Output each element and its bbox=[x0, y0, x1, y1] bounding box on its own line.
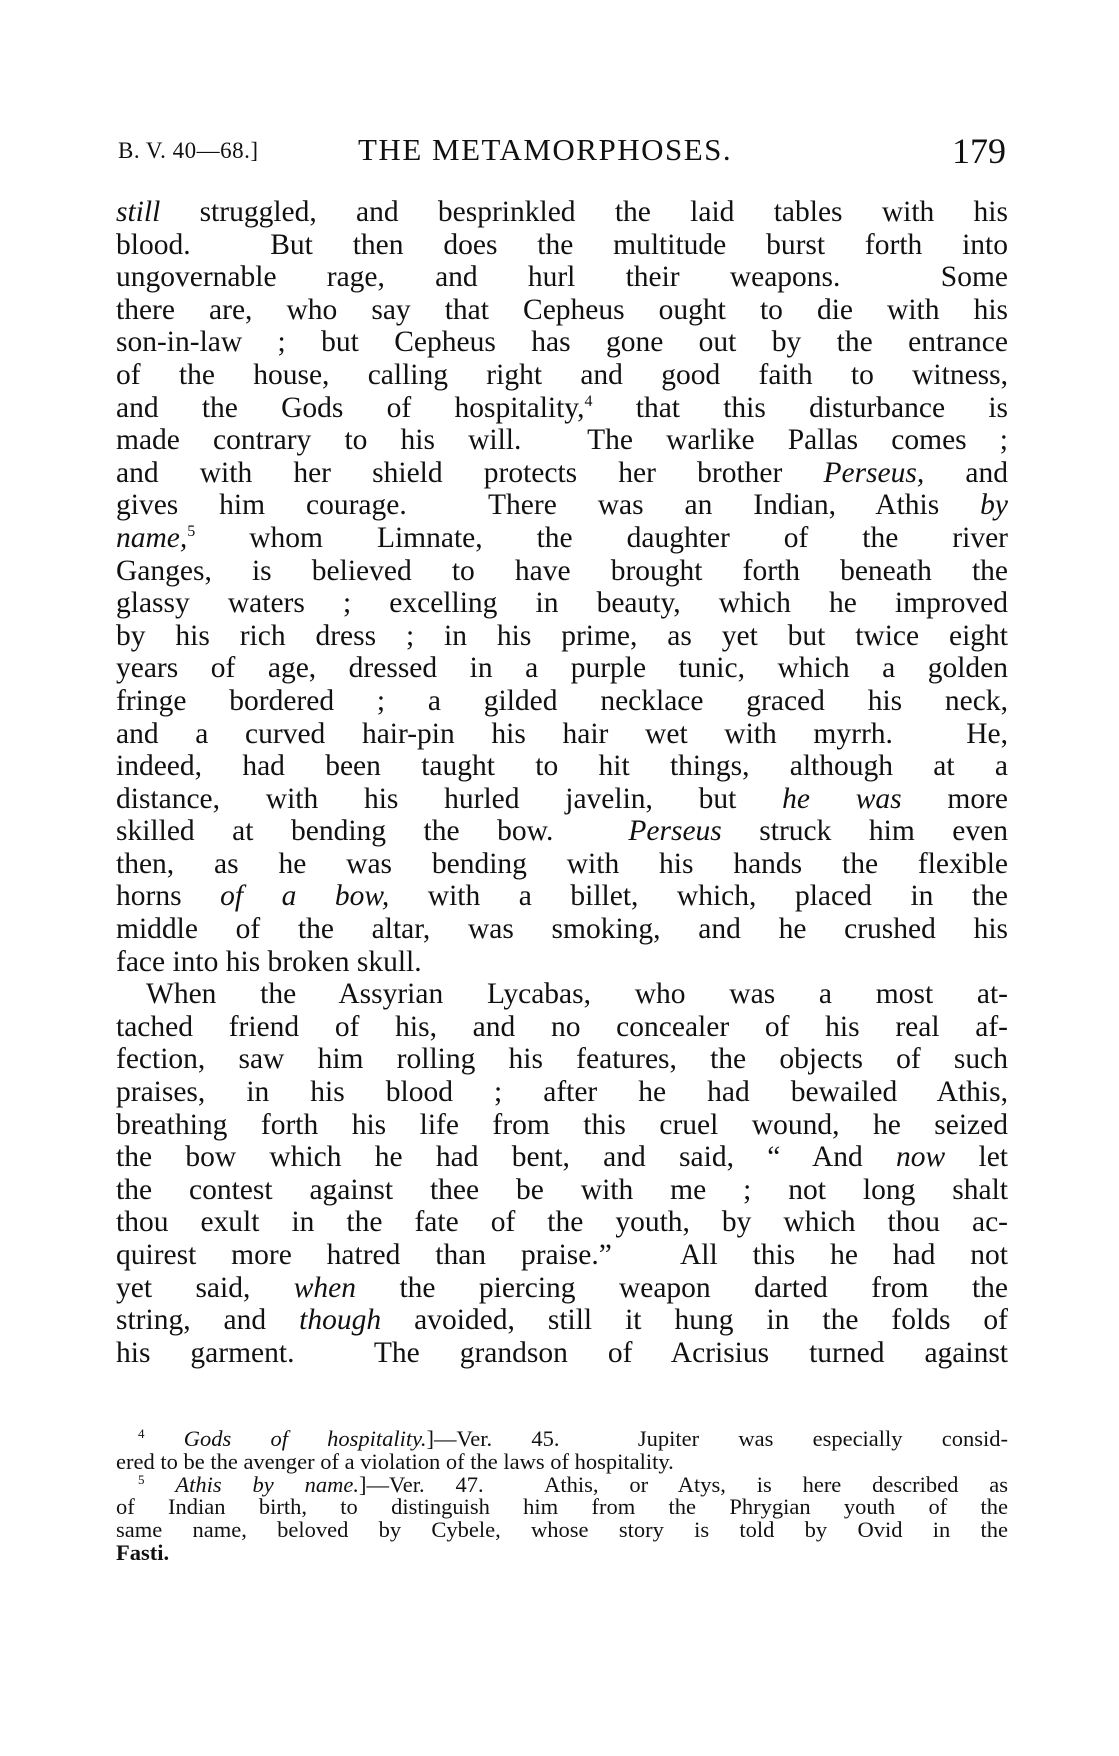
text-line: the contest against thee be with me ; no… bbox=[116, 1174, 1008, 1207]
footnote-line: Fasti. bbox=[116, 1542, 1008, 1565]
italic-text: he was bbox=[782, 783, 902, 815]
text-run: avoided, still it hung in the folds of bbox=[381, 1304, 1008, 1336]
book-page: B. V. 40—68.] THE METAMORPHOSES. 179 sti… bbox=[0, 0, 1119, 1756]
text-line: yet said, when the piercing weapon darte… bbox=[116, 1272, 1008, 1305]
text-line: then, as he was bending with his hands t… bbox=[116, 848, 1008, 881]
text-run: middle of the altar, was smoking, and he… bbox=[116, 913, 1008, 945]
text-line: son-in-law ; but Cepheus has gone out by… bbox=[116, 326, 1008, 359]
text-run: of Indian birth, to distinguish him from… bbox=[116, 1494, 1008, 1519]
text-run: of the house, calling right and good fai… bbox=[116, 359, 1008, 391]
text-run: ered to be the avenger of a violation of… bbox=[116, 1449, 674, 1474]
text-line: still struggled, and besprinkled the lai… bbox=[116, 196, 1008, 229]
text-line: praises, in his blood ; after he had bew… bbox=[116, 1076, 1008, 1109]
text-run: the piercing weapon darted from the bbox=[356, 1272, 1008, 1304]
text-run: horns bbox=[116, 880, 220, 912]
text-line: horns of a bow, with a billet, which, pl… bbox=[116, 880, 1008, 913]
text-run: and bbox=[924, 457, 1008, 489]
text-run: skilled at bending the bow. bbox=[116, 815, 628, 847]
italic-text: when bbox=[294, 1272, 356, 1304]
text-run: thou exult in the fate of the youth, by … bbox=[116, 1206, 1008, 1238]
text-line: ungovernable rage, and hurl their weapon… bbox=[116, 261, 1008, 294]
italic-text: now bbox=[896, 1141, 945, 1173]
text-line: indeed, had been taught to hit things, a… bbox=[116, 750, 1008, 783]
text-line: breathing forth his life from this cruel… bbox=[116, 1109, 1008, 1142]
footnote-marker: 4 bbox=[585, 393, 593, 410]
text-run: indeed, had been taught to hit things, a… bbox=[116, 750, 1008, 782]
footnote-line: ered to be the avenger of a violation of… bbox=[116, 1451, 1008, 1474]
footnote-line: 4 Gods of hospitality.]—Ver. 45. Jupiter… bbox=[116, 1428, 1008, 1451]
text-line: glassy waters ; excelling in beauty, whi… bbox=[116, 587, 1008, 620]
text-run: son-in-law ; but Cepheus has gone out by… bbox=[116, 326, 1008, 358]
text-line: string, and though avoided, still it hun… bbox=[116, 1304, 1008, 1337]
text-line: years of age, dressed in a purple tunic,… bbox=[116, 652, 1008, 685]
text-run: ]—Ver. 47. Athis, or Atys, is here descr… bbox=[359, 1472, 1008, 1497]
text-line: face into his broken skull. bbox=[116, 946, 1008, 979]
text-line: the bow which he had bent, and said, “ A… bbox=[116, 1141, 1008, 1174]
footnote-line: of Indian birth, to distinguish him from… bbox=[116, 1496, 1008, 1519]
text-line: When the Assyrian Lycabas, who was a mos… bbox=[116, 978, 1008, 1011]
section-reference: B. V. 40—68.] bbox=[118, 138, 258, 164]
text-line: skilled at bending the bow. Perseus stru… bbox=[116, 815, 1008, 848]
text-run: more bbox=[902, 783, 1008, 815]
text-run: face into his broken skull. bbox=[116, 946, 422, 978]
italic-text: Perseus, bbox=[823, 457, 924, 489]
text-run: and the Gods of hospitality, bbox=[116, 392, 585, 424]
text-line: Ganges, is believed to have brought fort… bbox=[116, 555, 1008, 588]
text-line: and a curved hair-pin his hair wet with … bbox=[116, 718, 1008, 751]
text-run: and with her shield protects her brother bbox=[116, 457, 823, 489]
text-line: blood. But then does the multitude burst… bbox=[116, 229, 1008, 262]
text-run bbox=[145, 1426, 184, 1451]
text-run: When the Assyrian Lycabas, who was a mos… bbox=[146, 978, 1008, 1010]
footnotes: 4 Gods of hospitality.]—Ver. 45. Jupiter… bbox=[116, 1428, 1008, 1565]
text-line: gives him courage. There was an Indian, … bbox=[116, 489, 1008, 522]
text-run: made contrary to his will. The warlike P… bbox=[116, 424, 1008, 456]
running-title: THE METAMORPHOSES. bbox=[358, 132, 732, 168]
text-run: ]—Ver. 45. Jupiter was especially consid… bbox=[427, 1426, 1008, 1451]
text-line: quirest more hatred than praise.” All th… bbox=[116, 1239, 1008, 1272]
text-line: name,5 whom Limnate, the daughter of the… bbox=[116, 522, 1008, 555]
text-run: glassy waters ; excelling in beauty, whi… bbox=[116, 587, 1008, 619]
page-number: 179 bbox=[952, 130, 1006, 172]
text-run: breathing forth his life from this cruel… bbox=[116, 1109, 1008, 1141]
text-run: ungovernable rage, and hurl their weapon… bbox=[116, 261, 1008, 293]
text-run: struck him even bbox=[722, 815, 1008, 847]
text-line: and with her shield protects her brother… bbox=[116, 457, 1008, 490]
text-run: with a billet, which, placed in the bbox=[389, 880, 1008, 912]
text-run: Fasti. bbox=[116, 1540, 169, 1565]
italic-text: Gods of hospitality. bbox=[184, 1426, 427, 1451]
text-line: made contrary to his will. The warlike P… bbox=[116, 424, 1008, 457]
text-run: distance, with his hurled javelin, but bbox=[116, 783, 782, 815]
text-run: blood. But then does the multitude burst… bbox=[116, 229, 1008, 261]
italic-text: Athis by name. bbox=[175, 1472, 359, 1497]
text-run: there are, who say that Cepheus ought to… bbox=[116, 294, 1008, 326]
text-run: tached friend of his, and no concealer o… bbox=[116, 1011, 1008, 1043]
text-line: by his rich dress ; in his prime, as yet… bbox=[116, 620, 1008, 653]
text-run: his garment. The grandson of Acrisius tu… bbox=[116, 1337, 1008, 1369]
text-line: distance, with his hurled javelin, but h… bbox=[116, 783, 1008, 816]
text-line: of the house, calling right and good fai… bbox=[116, 359, 1008, 392]
text-run: yet said, bbox=[116, 1272, 294, 1304]
text-run bbox=[145, 1472, 176, 1497]
text-run: then, as he was bending with his hands t… bbox=[116, 848, 1008, 880]
italic-text: still bbox=[116, 196, 160, 228]
text-run: fringe bordered ; a gilded necklace grac… bbox=[116, 685, 1008, 717]
text-run: whom Limnate, the daughter of the river bbox=[195, 522, 1008, 554]
text-run: string, and bbox=[116, 1304, 299, 1336]
text-run: the bow which he had bent, and said, “ A… bbox=[116, 1141, 896, 1173]
footnote-line: 5 Athis by name.]—Ver. 47. Athis, or Aty… bbox=[116, 1474, 1008, 1497]
text-line: fection, saw him rolling his features, t… bbox=[116, 1043, 1008, 1076]
text-run: that this disturbance is bbox=[593, 392, 1009, 424]
italic-text: of a bow, bbox=[220, 880, 389, 912]
body-text: still struggled, and besprinkled the lai… bbox=[116, 196, 1008, 1369]
text-line: tached friend of his, and no concealer o… bbox=[116, 1011, 1008, 1044]
italic-text: though bbox=[299, 1304, 381, 1336]
text-line: and the Gods of hospitality,4 that this … bbox=[116, 392, 1008, 425]
italic-text: name, bbox=[116, 522, 187, 554]
text-line: thou exult in the fate of the youth, by … bbox=[116, 1206, 1008, 1239]
text-run: fection, saw him rolling his features, t… bbox=[116, 1043, 1008, 1075]
italic-text: by bbox=[980, 489, 1008, 521]
text-line: his garment. The grandson of Acrisius tu… bbox=[116, 1337, 1008, 1370]
text-run: Ganges, is believed to have brought fort… bbox=[116, 555, 1008, 587]
text-run: years of age, dressed in a purple tunic,… bbox=[116, 652, 1008, 684]
text-run: and a curved hair-pin his hair wet with … bbox=[116, 718, 1008, 750]
text-run: praises, in his blood ; after he had bew… bbox=[116, 1076, 1008, 1108]
running-header: B. V. 40—68.] THE METAMORPHOSES. 179 bbox=[118, 130, 1006, 170]
italic-text: Perseus bbox=[628, 815, 721, 847]
footnote-line: same name, beloved by Cybele, whose stor… bbox=[116, 1519, 1008, 1542]
text-run: by his rich dress ; in his prime, as yet… bbox=[116, 620, 1008, 652]
text-run: the contest against thee be with me ; no… bbox=[116, 1174, 1008, 1206]
text-run: gives him courage. There was an Indian, … bbox=[116, 489, 980, 521]
text-run: same name, beloved by Cybele, whose stor… bbox=[116, 1517, 1008, 1542]
text-line: there are, who say that Cepheus ought to… bbox=[116, 294, 1008, 327]
text-line: fringe bordered ; a gilded necklace grac… bbox=[116, 685, 1008, 718]
text-run: struggled, and besprinkled the laid tabl… bbox=[160, 196, 1008, 228]
text-line: middle of the altar, was smoking, and he… bbox=[116, 913, 1008, 946]
text-run: quirest more hatred than praise.” All th… bbox=[116, 1239, 1008, 1271]
text-run: let bbox=[945, 1141, 1008, 1173]
